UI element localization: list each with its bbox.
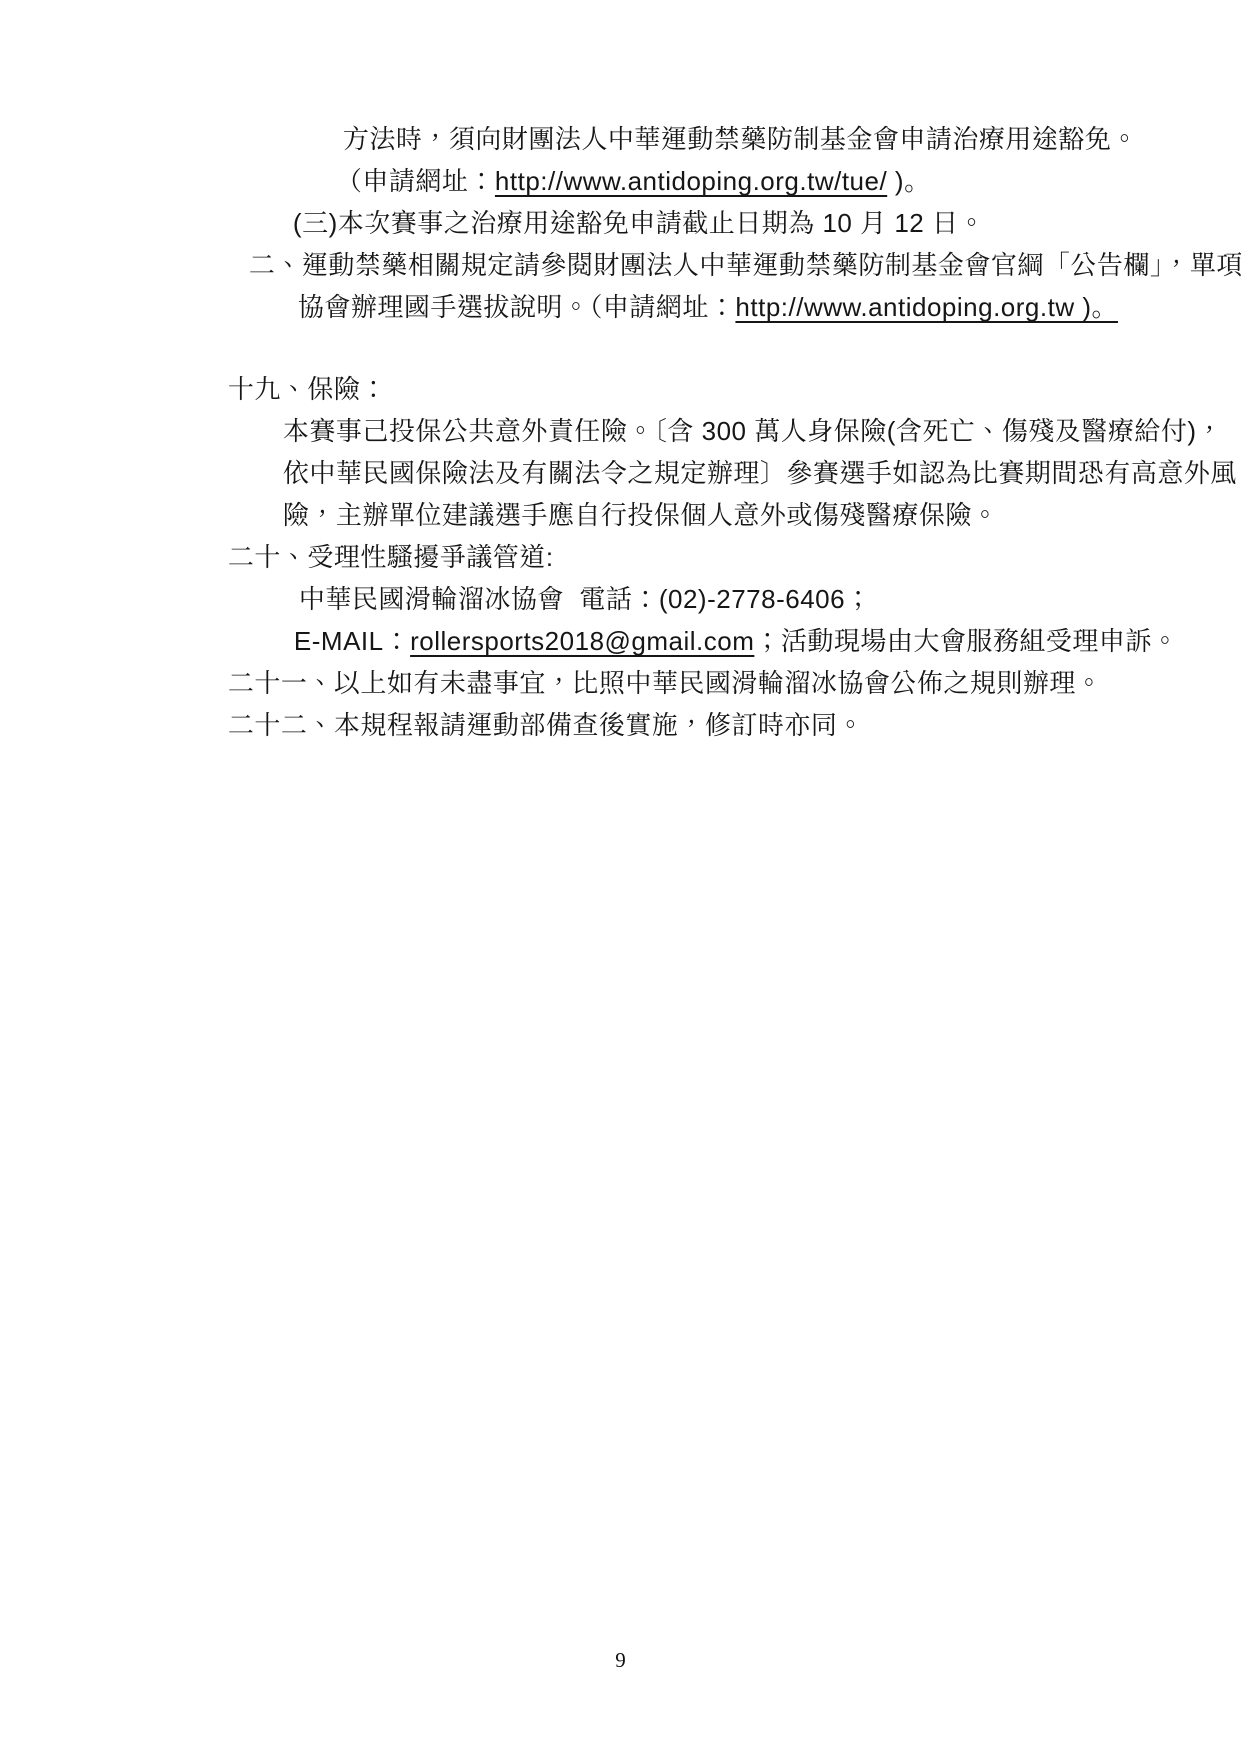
document-page: 方法時，須向財團法人中華運動禁藥防制基金會申請治療用途豁免。 （申請網址：htt…: [0, 0, 1241, 1755]
doc-line-email: E-MAIL：rollersports2018@gmail.com；活動現場由大…: [263, 578, 1178, 620]
doc-line-item-21: 二十一、以上如有未盡事宜，比照中華民國滑輪溜冰協會公佈之規則辦理。: [197, 620, 1102, 662]
doc-line-antidoping-regulation: 二、運動禁藥相關規定請參閱財團法人中華運動禁藥防制基金會官綱「公告欄」，單項: [218, 202, 1241, 244]
doc-line-tue-url: （申請網址：http://www.antidoping.org.tw/tue/ …: [305, 118, 931, 160]
doc-line-antidoping-url: 協會辦理國手選拔說明。（申請網址：http://www.antidoping.o…: [267, 244, 1118, 286]
doc-line-item-22: 二十二、本規程報請運動部備查後實施，修訂時亦同。: [197, 662, 864, 704]
heading-harassment-channel: 二十、受理性騷擾爭議管道:: [197, 494, 554, 536]
doc-line-association-phone: 中華民國滑輪溜冰協會 電話：(02)-2778-6406；: [268, 536, 872, 578]
doc-line-tue-method: 方法時，須向財團法人中華運動禁藥防制基金會申請治療用途豁免。: [312, 76, 1138, 118]
doc-line-tue-deadline: (三)本次賽事之治療用途豁免申請截止日期為 10 月 12 日。: [262, 160, 985, 202]
page-number: 9: [0, 1645, 1241, 1675]
doc-text: 二十二、本規程報請運動部備查後實施，修訂時亦同。: [228, 710, 864, 740]
doc-line-insurance-2: 依中華民國保險法及有關法令之規定辦理〕參賽選手如認為比賽期間恐有高意外風: [252, 410, 1237, 452]
doc-line-insurance-1: 本賽事己投保公共意外責任險。〔含 300 萬人身保險(含死亡、傷殘及醫療給付)，: [252, 368, 1223, 410]
doc-text: 協會辦理國手選拔說明。（申請網址：: [298, 292, 736, 322]
antidoping-link[interactable]: http://www.antidoping.org.tw )。: [735, 292, 1118, 322]
doc-line-insurance-3: 險，主辦單位建議選手應自行投保個人意外或傷殘醫療保險。: [252, 452, 998, 494]
heading-insurance: 十九、保險：: [197, 326, 387, 368]
